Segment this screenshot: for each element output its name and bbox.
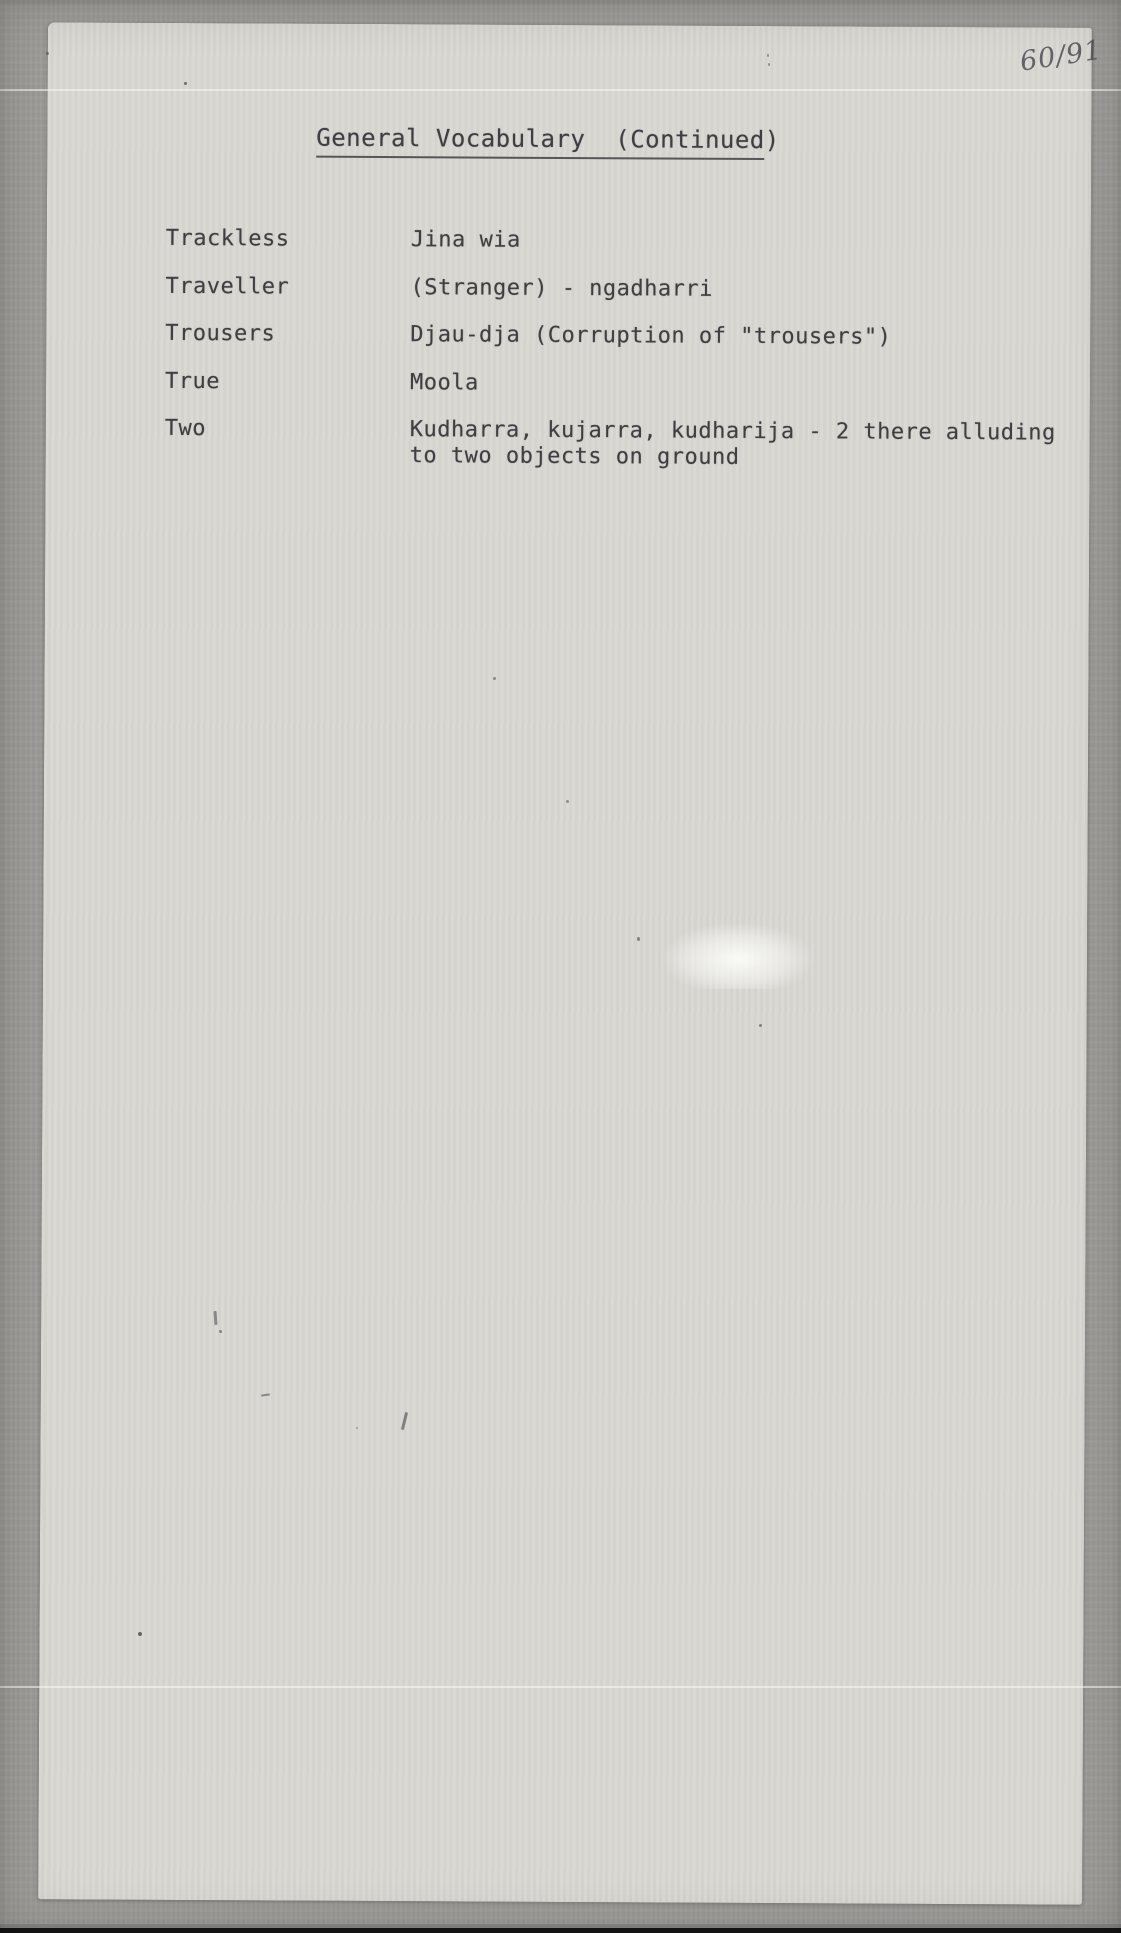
vocab-term: True [165,369,220,394]
vocab-entry-trousers: Trousers Djau-dja (Corruption of "trouse… [46,320,1090,325]
document-page: General Vocabulary (Continued) 60/91 Tra… [38,22,1092,1904]
handwritten-page-number: 60/91 [1018,35,1105,78]
scanned-document: General Vocabulary (Continued) 60/91 Tra… [0,0,1121,1933]
vocab-definition: Kudharra, kujarra, kudharija - 2 there a… [410,417,1100,473]
vocab-entry-two: Two Kudharra, kujarra, kudharija - 2 the… [46,415,1090,420]
vocab-term: Trackless [166,226,290,252]
vocab-entry-traveller: Traveller (Stranger) - ngadharri [47,273,1091,278]
vocab-term: Trousers [165,321,275,347]
vocab-entry-true: True Moola [46,368,1090,373]
vocab-entry-trackless: Trackless Jina wia [47,225,1091,230]
page-title-underlined: General Vocabulary (Continued [316,124,765,160]
vocab-term: Two [165,416,206,441]
vocab-definition: (Stranger) - ngadharri [410,275,1100,305]
vocab-term: Traveller [165,274,289,300]
vocab-definition: Jina wia [411,227,1101,257]
vocab-definition: Djau-dja (Corruption of "trousers") [410,322,1100,352]
page-title: General Vocabulary (Continued) [316,124,780,154]
vocab-definition: Moola [410,370,1100,400]
scan-bottom-edge [0,1928,1121,1933]
page-title-tail: ) [765,126,780,154]
